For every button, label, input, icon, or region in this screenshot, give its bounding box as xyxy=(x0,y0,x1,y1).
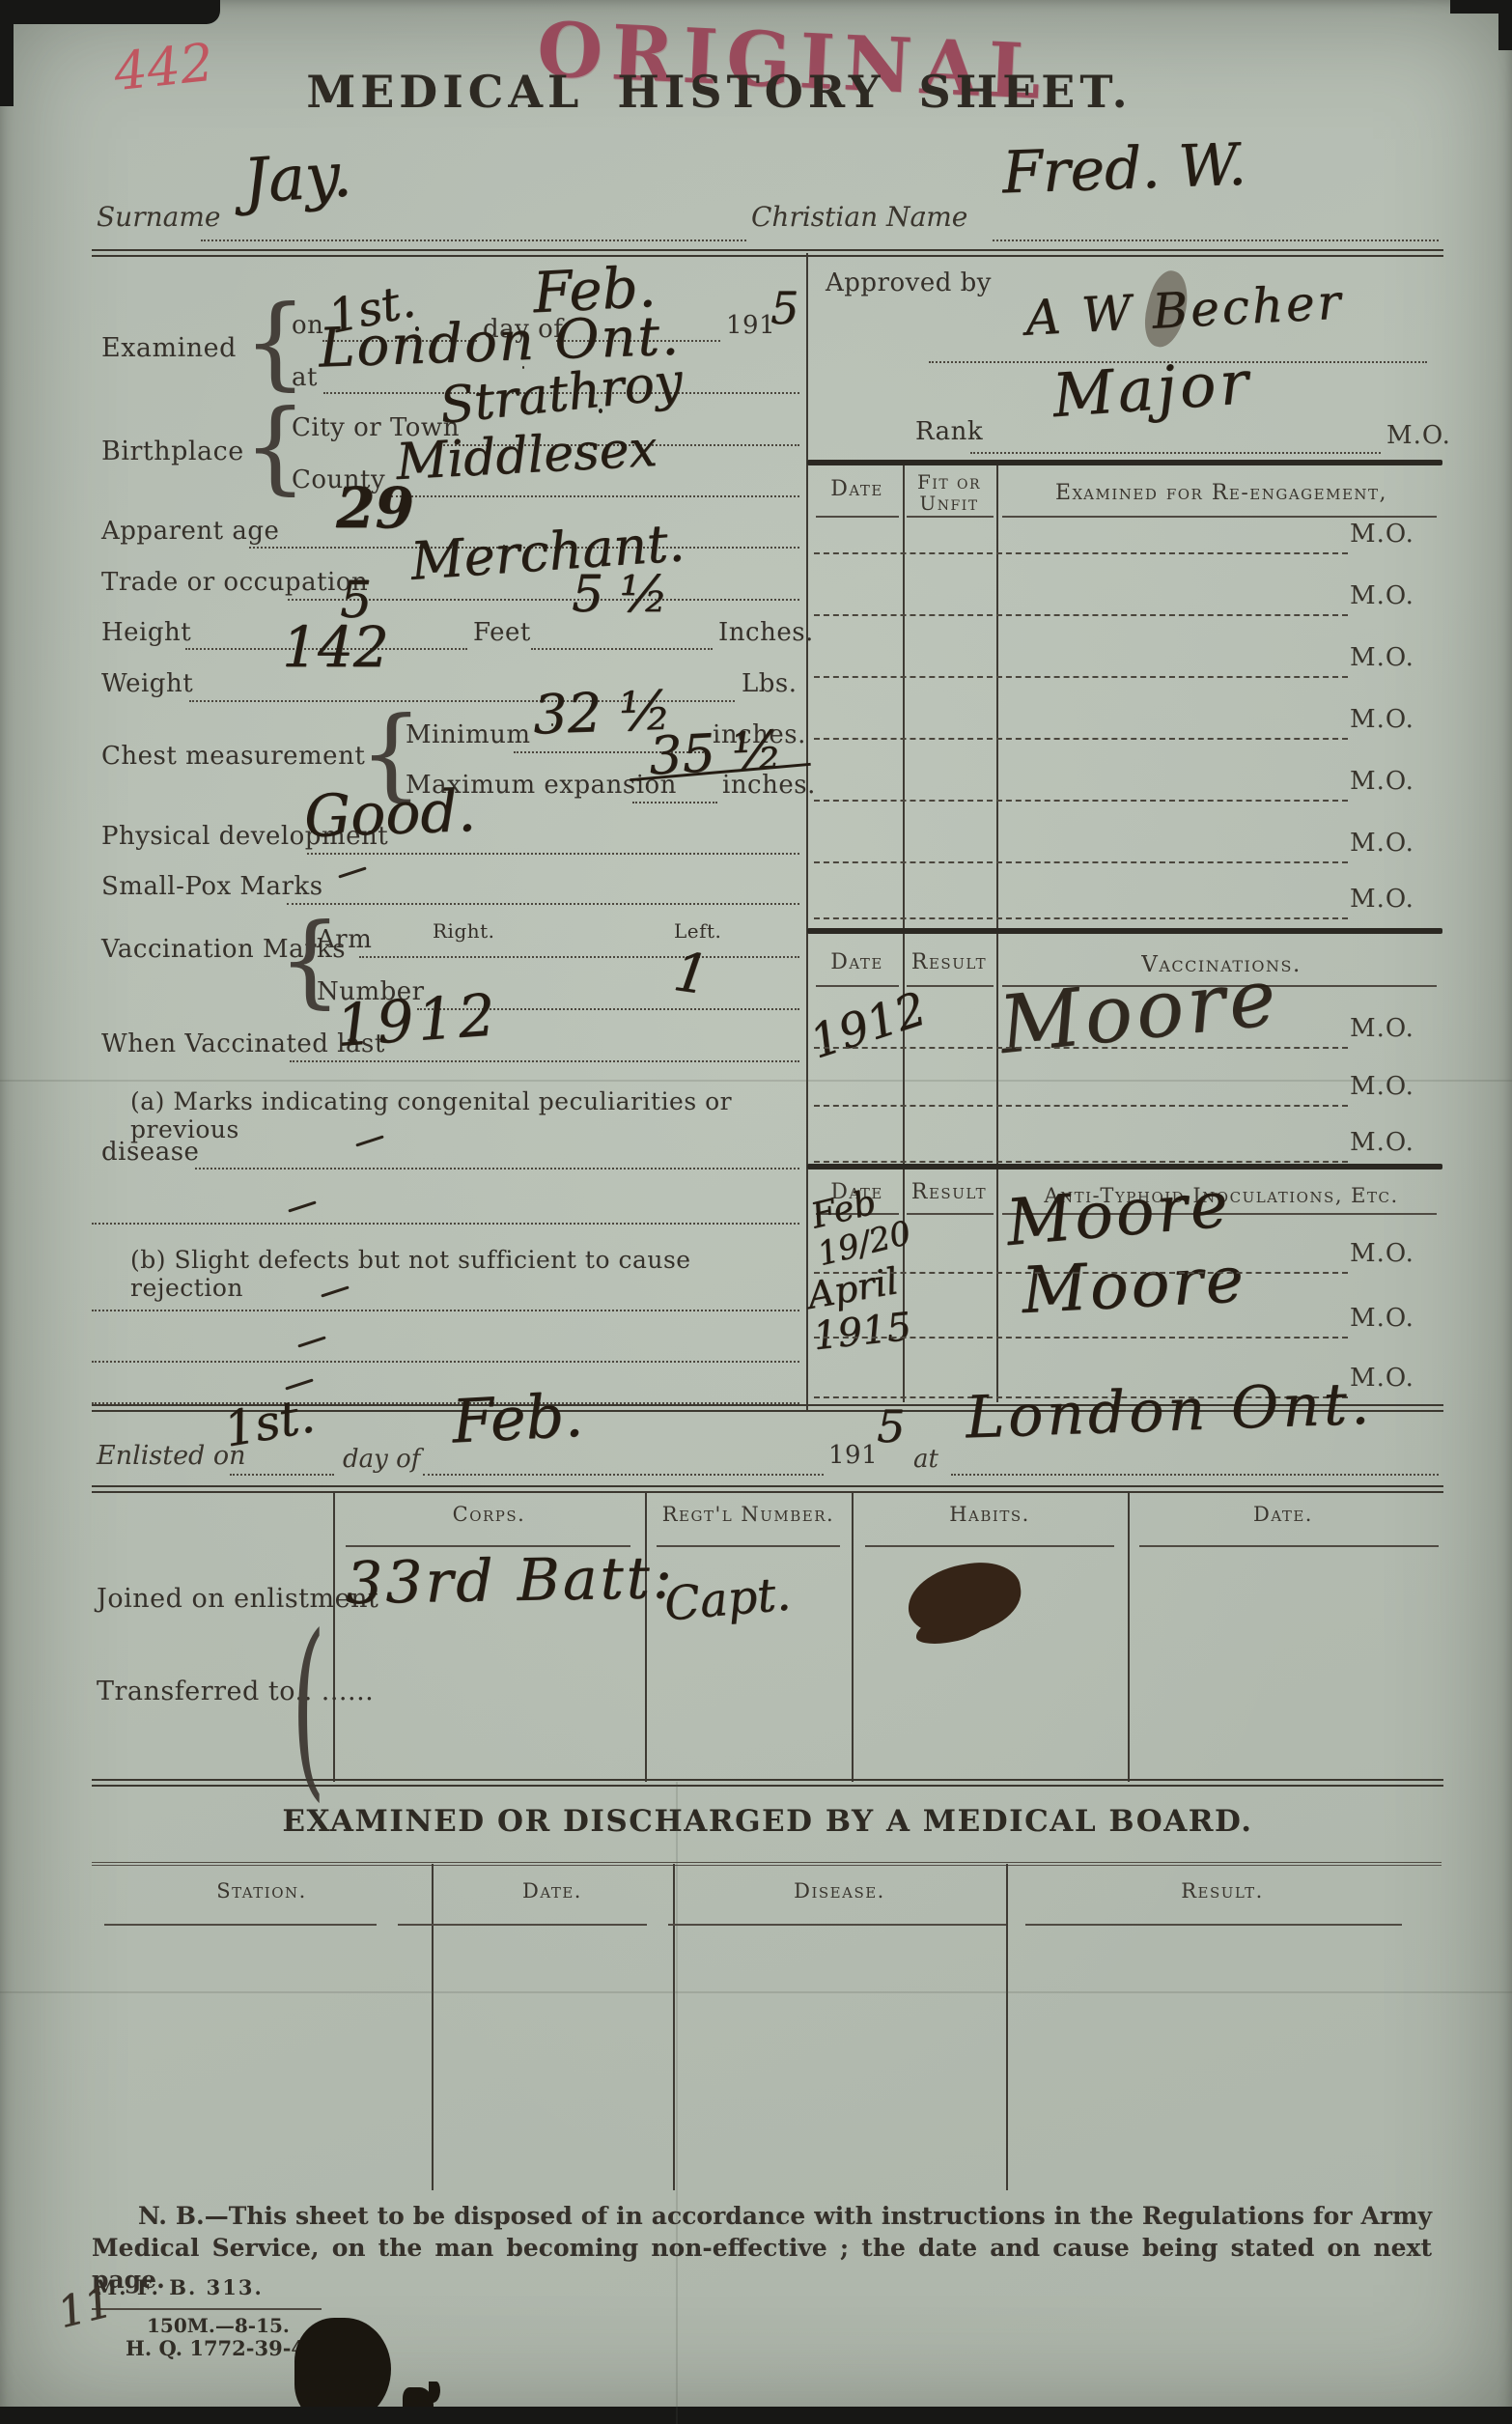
christian-name-line xyxy=(993,238,1439,241)
defects-b-line1 xyxy=(92,1308,799,1311)
number-value: 1 xyxy=(670,941,713,1007)
weight-value: 142 xyxy=(282,614,389,680)
reengagement-row-line xyxy=(814,736,1348,740)
corps-header-rule2 xyxy=(657,1545,840,1547)
reengagement-mo-3: M.O. xyxy=(1350,643,1414,672)
county-line xyxy=(391,493,799,497)
height-inches-line xyxy=(531,646,713,650)
christian-name-value: Fred. W. xyxy=(1001,131,1247,208)
typhoid-signature-2: Moore xyxy=(1020,1242,1247,1328)
examined-year-printed: 191 xyxy=(726,311,775,340)
trade-label: Trade or occupation xyxy=(101,568,368,597)
typhoid-result-header: Result xyxy=(906,1180,993,1204)
enlisted-place-value: London Ont. xyxy=(965,1370,1374,1452)
corps-header-rule4 xyxy=(1139,1545,1439,1547)
joined-regtl-value: Capt. xyxy=(662,1566,793,1631)
surname-label: Surname xyxy=(97,201,220,233)
form-code-underline xyxy=(92,2308,322,2310)
paper-crease-vertical xyxy=(676,1782,678,2424)
reengagement-mo-2: M.O. xyxy=(1350,581,1414,610)
reengagement-mo-5: M.O. xyxy=(1350,767,1414,796)
physical-line xyxy=(307,851,799,855)
joined-corps-value: 33rd Batt: xyxy=(345,1544,675,1618)
vaccinations-mo-1: M.O. xyxy=(1350,1014,1414,1043)
county-value: Middlesex xyxy=(395,420,658,492)
vaccinations-row-line xyxy=(814,1045,1348,1049)
birthplace-label: Birthplace xyxy=(101,437,244,466)
rank-mo-label: M.O. xyxy=(1386,421,1451,450)
when-vaccinated-line xyxy=(290,1058,799,1062)
reengagement-row-line xyxy=(814,798,1348,802)
reengagement-date-header: Date xyxy=(816,477,898,501)
enlisted-month-line xyxy=(423,1472,824,1476)
physical-value: Good. xyxy=(303,777,477,851)
vaccinations-vline2 xyxy=(996,934,998,1166)
apparent-age-value: 29 xyxy=(336,475,414,541)
enlisted-day-value: 1st. xyxy=(220,1387,319,1457)
arm-left-label: Left. xyxy=(674,919,721,943)
typhoid-vline2 xyxy=(996,1170,998,1402)
page-mark-handwritten: 11 xyxy=(53,2277,118,2338)
paper-crease-horizontal-2 xyxy=(0,1991,1512,1993)
enlisted-year-handwritten: 5 xyxy=(877,1400,905,1452)
enlisted-month-value: Feb. xyxy=(450,1379,584,1456)
corps-header-rule3 xyxy=(865,1545,1114,1547)
scan-edge-top-left xyxy=(0,0,220,24)
lbs-label: Lbs. xyxy=(742,669,798,698)
enlisted-dayof-label: day of xyxy=(343,1445,420,1474)
vaccinations-header-rule2 xyxy=(907,985,994,987)
reengagement-header-rule2 xyxy=(907,516,994,518)
typhoid-header-rule2 xyxy=(907,1213,994,1215)
defects-a-text: (a) Marks indicating congenital peculiar… xyxy=(130,1087,806,1143)
reengagement-header-rule3 xyxy=(1002,516,1437,518)
corps-vline3 xyxy=(852,1493,854,1782)
vaccinations-header-rule1 xyxy=(816,985,899,987)
reengagement-mo-6: M.O. xyxy=(1350,829,1414,858)
board-vline3 xyxy=(1006,1864,1008,2190)
vaccinations-mo-3: M.O. xyxy=(1350,1128,1414,1157)
maximum-line xyxy=(632,800,717,803)
defects-a-disease-label: disease xyxy=(101,1138,199,1167)
page-title: MEDICAL HISTORY SHEET. xyxy=(92,66,1347,118)
when-vaccinated-value: 1912 xyxy=(334,981,501,1060)
rank-line xyxy=(970,450,1381,454)
result-header: Result. xyxy=(1006,1879,1439,1903)
chest-label: Chest measurement xyxy=(101,742,365,771)
reengagement-title-header: Examined for Re-engagement, xyxy=(1004,481,1439,505)
board-vline1 xyxy=(432,1864,434,2190)
paper-crease-horizontal-1 xyxy=(0,1080,1512,1082)
vaccinations-mo-2: M.O. xyxy=(1350,1072,1414,1101)
vaccinations-date-header: Date xyxy=(816,950,898,974)
smallpox-label: Small-Pox Marks xyxy=(101,872,323,901)
rank-value: Major xyxy=(1050,347,1254,431)
header-divider xyxy=(92,249,1443,257)
christian-name-label: Christian Name xyxy=(751,201,967,233)
corps-vline2 xyxy=(645,1493,647,1782)
maximum-unit: inches. xyxy=(722,771,816,800)
vaccinations-result-header: Result xyxy=(906,950,993,974)
corps-bottom-rule xyxy=(92,1779,1443,1787)
weight-label: Weight xyxy=(101,669,193,698)
corps-vline4 xyxy=(1128,1493,1130,1782)
typhoid-row-line xyxy=(814,1335,1348,1339)
rank-label: Rank xyxy=(915,417,983,446)
vaccinations-vline1 xyxy=(903,934,905,1166)
board-vline2 xyxy=(673,1864,675,2190)
examined-year-handwritten: 5 xyxy=(770,282,798,334)
defects-b-tick2 xyxy=(297,1336,325,1347)
typhoid-date2-line2: 1915 xyxy=(811,1305,913,1359)
reengagement-mo-7: M.O. xyxy=(1350,885,1414,914)
station-header: Station. xyxy=(92,1879,432,1903)
column-divider xyxy=(806,253,808,1410)
vaccinations-date-value: 1912 xyxy=(803,981,932,1069)
habits-header: Habits. xyxy=(852,1503,1128,1526)
reengagement-row-line xyxy=(814,612,1348,616)
typhoid-vline1 xyxy=(903,1170,905,1402)
transferred-to-label: Transferred to.. ...... xyxy=(97,1677,374,1706)
approved-by-label: Approved by xyxy=(826,268,992,297)
enlisted-place-line xyxy=(951,1472,1439,1476)
arm-line xyxy=(359,954,799,958)
form-code: M. F. B. 313. xyxy=(95,2275,264,2299)
feet-label: Feet xyxy=(473,618,531,647)
surname-line xyxy=(201,238,746,241)
approved-signature: A W Becher xyxy=(1024,273,1345,346)
board-top-rule xyxy=(92,1862,1442,1863)
height-inches-value: 5 ½ xyxy=(572,566,668,624)
defects-b-line2 xyxy=(92,1359,799,1363)
enlisted-label: Enlisted on xyxy=(97,1441,246,1471)
medical-board-heading: EXAMINED OR DISCHARGED BY A MEDICAL BOAR… xyxy=(92,1804,1443,1839)
height-label: Height xyxy=(101,618,191,647)
smallpox-line xyxy=(287,901,799,905)
minimum-label: Minimum xyxy=(406,720,531,749)
examined-label: Examined xyxy=(101,333,237,363)
corps-date-header: Date. xyxy=(1128,1503,1439,1526)
arm-label: Arm xyxy=(317,925,372,954)
paper-specks xyxy=(415,326,419,331)
surname-value: Jay. xyxy=(241,139,354,218)
defects-b-text: (b) Slight defects but not sufficient to… xyxy=(130,1246,806,1302)
enlisted-at-label: at xyxy=(913,1445,938,1474)
defects-a-tick2 xyxy=(288,1200,316,1212)
scan-edge-left-sliver xyxy=(0,0,14,106)
apparent-age-label: Apparent age xyxy=(101,517,279,546)
board-header-rule1 xyxy=(104,1924,377,1926)
arm-right-label: Right. xyxy=(433,919,495,943)
board-header-rule2 xyxy=(398,1924,647,1926)
defects-a-extra-line xyxy=(92,1221,799,1225)
board-header-rule4 xyxy=(1025,1924,1402,1926)
smallpox-tick-mark xyxy=(338,866,366,878)
regtl-number-header: Regt'l Number. xyxy=(645,1503,852,1526)
inches-label: Inches. xyxy=(718,618,814,647)
typhoid-row-line xyxy=(814,1270,1348,1274)
corps-header: Corps. xyxy=(333,1503,645,1526)
reengagement-row-line xyxy=(814,916,1348,919)
joined-on-enlistment-label: Joined on enlistment xyxy=(97,1584,378,1614)
medical-history-sheet-scan: 442 ORIGINAL MEDICAL HISTORY SHEET. Surn… xyxy=(0,0,1512,2424)
reengagement-mo-1: M.O. xyxy=(1350,520,1414,549)
typhoid-mo-2: M.O. xyxy=(1350,1304,1414,1333)
print-run-code: 150M.—8-15. xyxy=(147,2314,290,2337)
nb-note: N. B.—This sheet to be disposed of in ac… xyxy=(92,2200,1432,2296)
reengagement-header-rule1 xyxy=(816,516,899,518)
board-date-header: Date. xyxy=(432,1879,673,1903)
reengagement-row-line xyxy=(814,860,1348,863)
corps-vline1 xyxy=(333,1493,335,1782)
enlisted-day-line xyxy=(230,1472,334,1476)
scan-edge-right-sliver xyxy=(1498,0,1512,50)
scan-edge-bottom xyxy=(0,2407,1512,2424)
reengagement-row-line xyxy=(814,550,1348,554)
board-header-rule3 xyxy=(668,1924,1006,1926)
habits-ink-smudge xyxy=(904,1557,1026,1642)
reengagement-row-line xyxy=(814,674,1348,678)
vaccinations-row-line xyxy=(814,1103,1348,1107)
typhoid-mo-1: M.O. xyxy=(1350,1239,1414,1268)
enlisted-year-printed: 191 xyxy=(828,1441,878,1470)
enlisted-bottom-rule xyxy=(92,1485,1443,1493)
reengagement-fit-header: Fit or Unfit xyxy=(906,471,993,514)
transferred-brace: ( xyxy=(292,1611,325,1804)
vaccinations-row-line xyxy=(814,1159,1348,1163)
disease-line xyxy=(195,1166,799,1170)
disease-header: Disease. xyxy=(673,1879,1006,1903)
reengagement-mo-4: M.O. xyxy=(1350,705,1414,734)
